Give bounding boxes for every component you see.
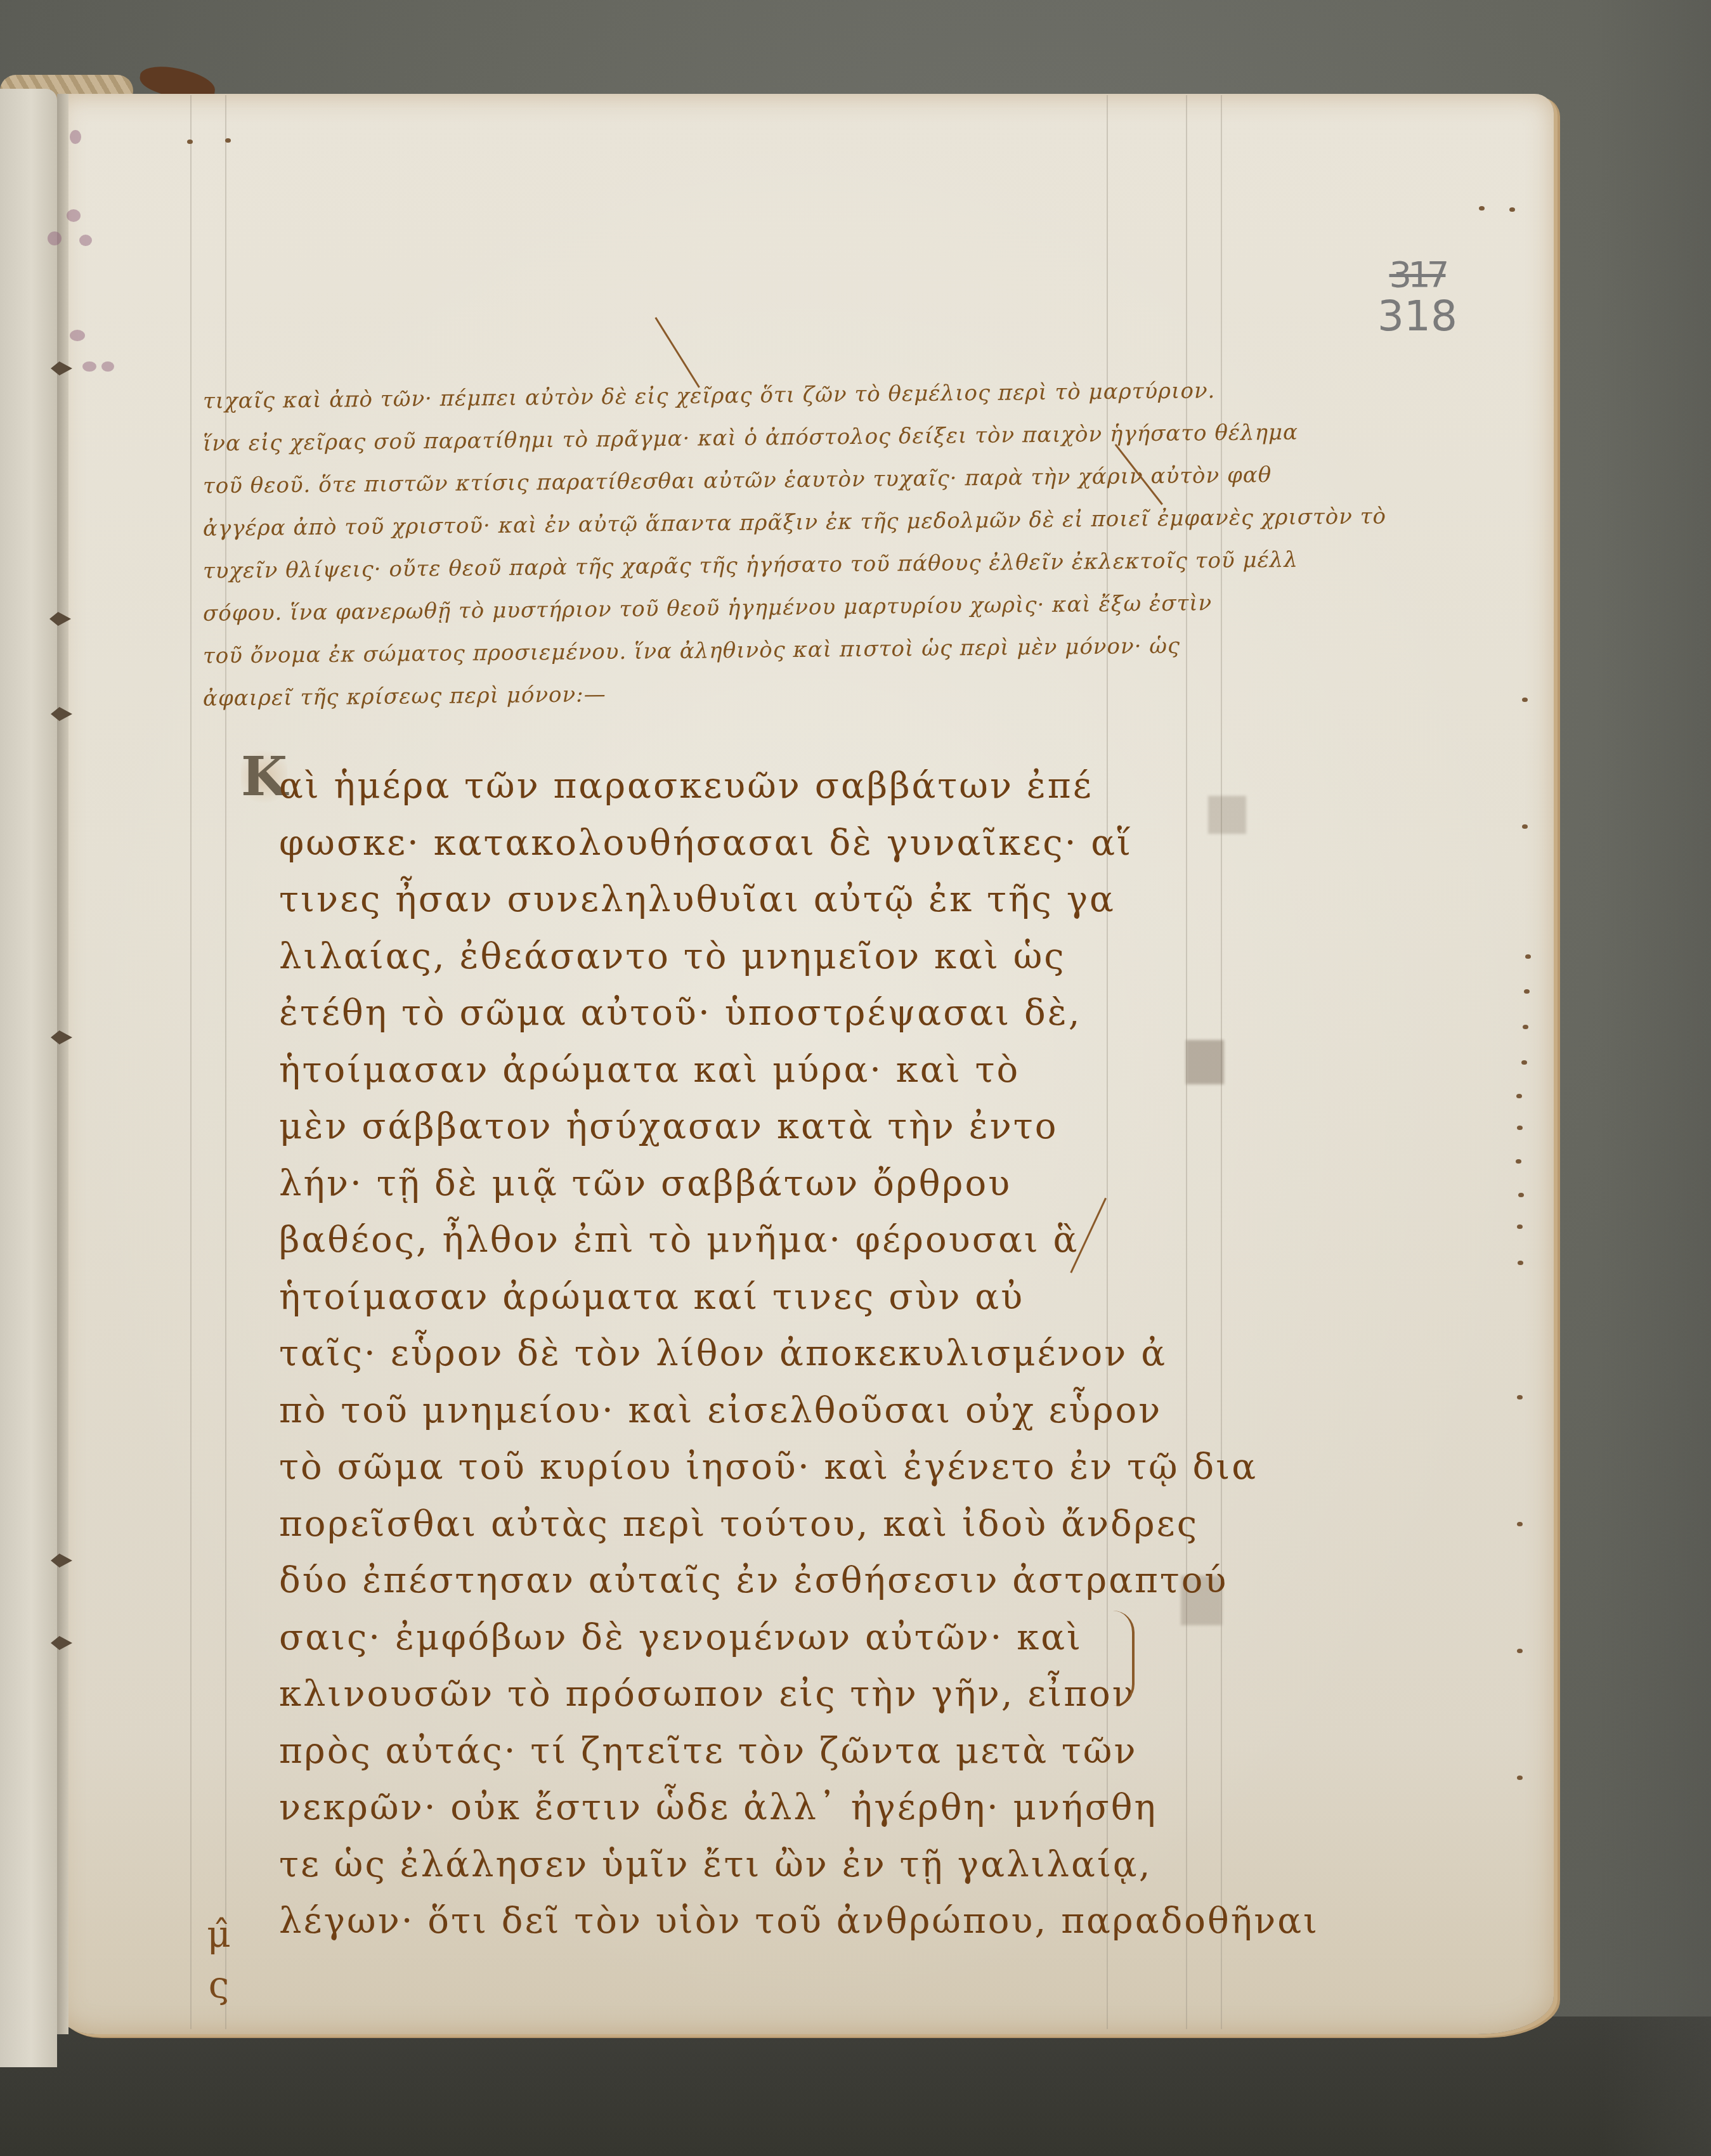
margin-note-line: μ̂ — [200, 1909, 238, 1959]
pricking-hole — [1517, 1649, 1523, 1653]
pricking-hole — [1517, 1776, 1523, 1780]
ink-stain — [79, 235, 92, 246]
text-line: δύο ἐπέστησαν αὐταῖς ἐν ἐσθήσεσιν ἀστραπ… — [279, 1552, 1319, 1609]
gutter-fold — [57, 94, 68, 2034]
text-line: τε ὡς ἐλάλησεν ὑμῖν ἔτι ὢν ἐν τῇ γαλιλαί… — [279, 1836, 1319, 1893]
pricking-hole — [1521, 1060, 1527, 1065]
main-text-block: αὶ ἡμέρα τῶν παρασκευῶν σαββάτων ἐπέ φωσ… — [279, 758, 1319, 1950]
pricking-hole — [1509, 207, 1515, 212]
text-line: λήν· τῇ δὲ μιᾷ τῶν σαββάτων ὄρθρου — [279, 1155, 1319, 1212]
margin-note: μ̂ ς — [200, 1909, 238, 2010]
text-line: ἐτέθη τὸ σῶμα αὐτοῦ· ὑποστρέψασαι δὲ, — [279, 985, 1319, 1042]
margin-note-line: ς — [200, 1959, 238, 2010]
background-lower-shadow — [0, 2016, 1711, 2156]
text-line: τινες ἦσαν συνεληλυθυῖαι αὐτῷ ἐκ τῆς γα — [279, 871, 1319, 928]
text-line: νεκρῶν· οὐκ ἔστιν ὧδε ἀλλ᾽ ἠγέρθη· μνήσθ… — [279, 1779, 1319, 1836]
ruling-line-vertical — [190, 95, 192, 2029]
pricking-hole — [225, 138, 231, 143]
ink-stain — [82, 361, 96, 372]
ink-stain — [70, 330, 85, 341]
pricking-hole — [1517, 1395, 1523, 1399]
text-line: πρὸς αὐτάς· τί ζητεῖτε τὸν ζῶντα μετὰ τῶ… — [279, 1723, 1319, 1780]
pricking-hole — [1518, 1261, 1523, 1265]
pricking-hole — [1479, 206, 1485, 211]
text-line: πορεῖσθαι αὐτὰς περὶ τούτου, καὶ ἰδοὺ ἄν… — [279, 1496, 1319, 1553]
pricking-hole — [1516, 1094, 1522, 1098]
text-line: αὶ ἡμέρα τῶν παρασκευῶν σαββάτων ἐπέ — [279, 758, 1319, 815]
text-line: τὸ σῶμα τοῦ κυρίου ἰησοῦ· καὶ ἐγένετο ἐν… — [279, 1439, 1319, 1496]
pricking-hole — [1523, 1025, 1528, 1029]
ink-stain — [101, 361, 114, 372]
text-line: λέγων· ὅτι δεῖ τὸν υἱὸν τοῦ ἀνθρώπου, πα… — [279, 1893, 1319, 1950]
text-line: κλινουσῶν τὸ πρόσωπον εἰς τὴν γῆν, εἶπον — [279, 1666, 1319, 1723]
text-line: ἡτοίμασαν ἀρώματα καί τινες σὺν αὐ — [279, 1269, 1319, 1326]
text-line: σαις· ἐμφόβων δὲ γενομένων αὐτῶν· καὶ — [279, 1609, 1319, 1666]
folio-number-current: 318 — [1373, 294, 1462, 338]
background-right-shadow — [1598, 0, 1711, 2156]
pricking-hole — [187, 140, 193, 144]
pricking-hole — [1525, 954, 1531, 959]
text-line: πὸ τοῦ μνημείου· καὶ εἰσελθοῦσαι οὐχ εὗρ… — [279, 1382, 1319, 1439]
margin-bracket — [1113, 1611, 1135, 1706]
text-line: ταῖς· εὗρον δὲ τὸν λίθον ἀποκεκυλισμένον… — [279, 1325, 1319, 1382]
ink-stain — [67, 209, 81, 222]
text-line: ἡτοίμασαν ἀρώματα καὶ μύρα· καὶ τὸ — [279, 1042, 1319, 1099]
ink-stain — [70, 130, 81, 144]
folio-number-struck: 317 — [1373, 257, 1462, 294]
text-line: βαθέος, ἦλθον ἐπὶ τὸ μνῆμα· φέρουσαι ἃ — [279, 1212, 1319, 1269]
pricking-hole — [1518, 1193, 1524, 1197]
pricking-hole — [1517, 1522, 1523, 1526]
folio-number: 317 318 — [1373, 257, 1462, 338]
ink-stain — [48, 231, 62, 245]
pricking-hole — [1516, 1159, 1521, 1164]
pricking-hole — [1517, 1126, 1523, 1130]
commentary-text-block: τιχαῖς καὶ ἀπὸ τῶν· πέμπει αὐτὸν δὲ εἰς … — [203, 374, 1386, 714]
text-line: φωσκε· κατακολουθήσασαι δὲ γυναῖκες· αἵ — [279, 815, 1319, 872]
pricking-hole — [1517, 1224, 1523, 1229]
text-line: λιλαίας, ἐθεάσαντο τὸ μνημεῖον καὶ ὡς — [279, 928, 1319, 985]
facing-page-edge — [0, 89, 57, 2067]
pricking-hole — [1524, 989, 1530, 994]
pricking-hole — [1522, 698, 1528, 702]
pricking-hole — [1522, 824, 1528, 829]
text-line: μὲν σάββατον ἡσύχασαν κατὰ τὴν ἐντο — [279, 1098, 1319, 1155]
